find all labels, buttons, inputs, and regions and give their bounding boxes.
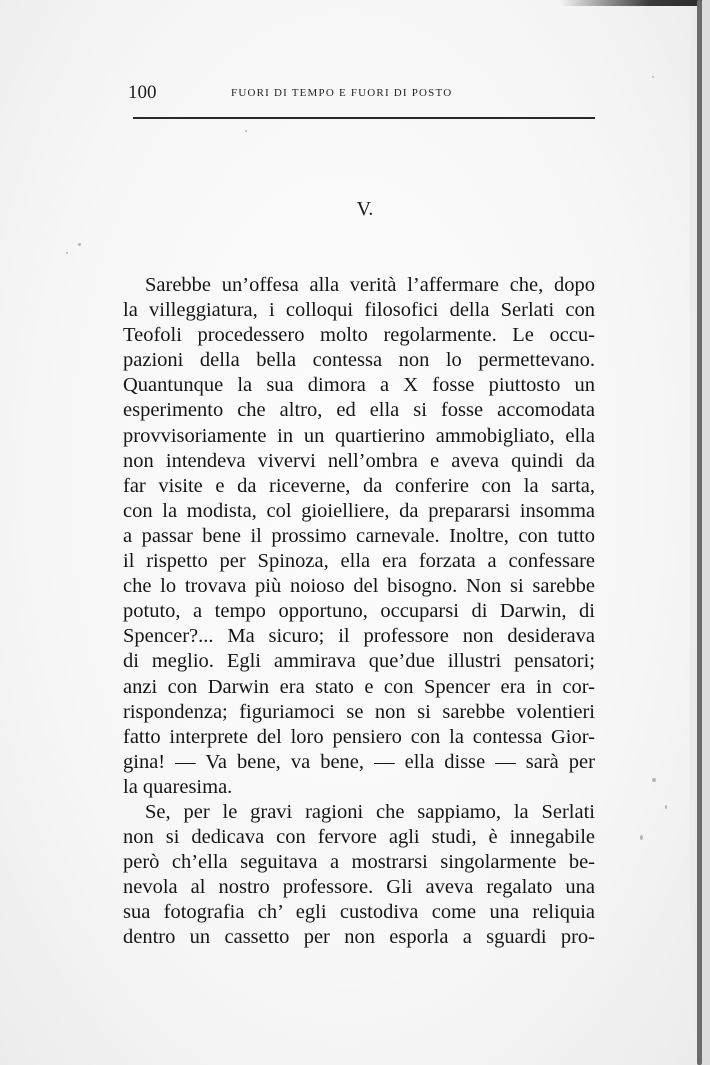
header-rule — [133, 117, 595, 119]
page-header: 100 FUORI DI TEMPO E FUORI DI POSTO — [128, 82, 592, 112]
text-line: rispondenza; figuriamoci se non si sareb… — [123, 700, 595, 725]
text-line: far visite e da riceverne, da conferire … — [123, 474, 595, 499]
text-line: Teofoli procedessero molto regolarmente.… — [123, 323, 595, 348]
text-line: potuto, a tempo opportuno, occuparsi di … — [123, 599, 595, 624]
text-line: il rispetto per Spinoza, ella era forzat… — [123, 549, 595, 574]
paragraph-1: Sarebbe un’offesa alla verità l’affermar… — [123, 273, 595, 800]
chapter-heading: V. — [0, 198, 710, 221]
paper-speck — [652, 778, 656, 782]
text-line: Quantunque la sua dimora a X fosse piutt… — [123, 373, 595, 398]
body-text: Sarebbe un’offesa alla verità l’affermar… — [123, 273, 595, 951]
text-line: non si dedicava con fervore agli studi, … — [123, 825, 595, 850]
text-line: la villeggiatura, i colloqui filosofici … — [123, 298, 595, 323]
adjacent-page-strip — [702, 0, 710, 1065]
text-line: fatto interprete del loro pensiero con l… — [123, 725, 595, 750]
paper-speck — [665, 805, 667, 809]
text-line: però ch’ella seguitava a mostrarsi singo… — [123, 850, 595, 875]
page-number: 100 — [128, 82, 157, 104]
text-line: Se, per le gravi ragioni che sappiamo, l… — [123, 800, 595, 825]
text-line: la quaresima. — [123, 775, 595, 800]
text-line: Spencer?... Ma sicuro; il professore non… — [123, 624, 595, 649]
paper-speck — [78, 243, 81, 246]
text-line: anzi con Darwin era stato e con Spencer … — [123, 675, 595, 700]
text-line: pazioni della bella contessa non lo perm… — [123, 348, 595, 373]
book-page: 100 FUORI DI TEMPO E FUORI DI POSTO V. S… — [0, 0, 690, 1065]
text-line: gina! — Va bene, va bene, — ella disse —… — [123, 750, 595, 775]
text-line: sua fotografia ch’ egli custodiva come u… — [123, 900, 595, 925]
paragraph-2: Se, per le gravi ragioni che sappiamo, l… — [123, 800, 595, 951]
text-line: esperimento che altro, ed ella si fosse … — [123, 398, 595, 423]
paper-speck — [245, 130, 247, 132]
text-line: dentro un cassetto per non esporla a sgu… — [123, 925, 595, 950]
text-line: nevola al nostro professore. Gli aveva r… — [123, 875, 595, 900]
page-top-edge-shadow — [560, 0, 710, 6]
paper-speck — [652, 76, 654, 78]
text-line: di meglio. Egli ammirava que’due illustr… — [123, 649, 595, 674]
text-line: a passar bene il prossimo carnevale. Ino… — [123, 524, 595, 549]
paper-speck — [66, 252, 68, 254]
paper-speck — [640, 835, 643, 840]
text-line: provvisoriamente in un quartierino ammob… — [123, 424, 595, 449]
text-line: Sarebbe un’offesa alla verità l’affermar… — [123, 273, 595, 298]
page-binding-edge — [697, 0, 702, 1065]
running-title: FUORI DI TEMPO E FUORI DI POSTO — [231, 87, 452, 99]
text-line: con la modista, col gioielliere, da prep… — [123, 499, 595, 524]
text-line: che lo trovava più noioso del bisogno. N… — [123, 574, 595, 599]
text-line: non intendeva vivervi nell’ombra e aveva… — [123, 449, 595, 474]
